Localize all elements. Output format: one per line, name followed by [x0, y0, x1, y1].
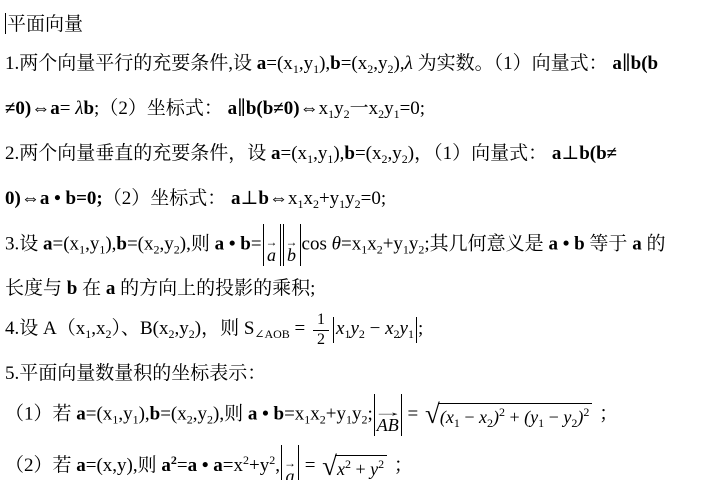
text-run: 2.两个向量垂直的充要条件，设: [5, 143, 271, 164]
radicand: x2 + y2: [335, 455, 387, 480]
text-run: •: [224, 233, 240, 254]
text-run: x: [288, 188, 298, 209]
text-run: y: [350, 318, 358, 339]
text-run: •: [197, 455, 213, 476]
statement-3-line-1: 3.设 a=(x1,y1),b=(x2,y2),则 a • b=→a→bcos …: [5, 224, 712, 269]
text-run: a: [548, 233, 558, 254]
text-run: y: [370, 459, 378, 479]
text-run: 4.设 A（x: [5, 318, 85, 339]
text-run: −: [365, 318, 385, 339]
text-run: )，（1）向量式：: [408, 143, 552, 164]
text-run: ;其几何意义是: [424, 233, 548, 254]
text-run: =0;: [361, 188, 387, 209]
text-run: +y: [319, 188, 339, 209]
text-run: 的方向上的投影的乘积;: [115, 278, 315, 299]
text-run: =: [223, 455, 234, 476]
text-run: =: [403, 404, 423, 425]
text-run: 等于: [585, 233, 633, 254]
text-run: ),则: [213, 404, 248, 425]
text-run: ),: [105, 233, 116, 254]
text-run: a: [632, 233, 642, 254]
text-run: •: [49, 188, 65, 209]
text-run: ,x: [91, 318, 105, 339]
text-run: ⇔: [269, 188, 288, 209]
vector-arrow-icon: →: [372, 408, 403, 416]
text-run: =: [284, 404, 295, 425]
text-run: •: [558, 233, 574, 254]
text-run: −: [544, 407, 563, 427]
statement-4: 4.设 A（x1,x2）、B(x2,y2)，则 S∠AOB = 12x1y2 −…: [5, 309, 712, 354]
text-run: ∥: [237, 98, 246, 119]
text-run: 3.设: [5, 233, 43, 254]
text-run: +y: [326, 404, 346, 425]
text-run: ⇔: [31, 98, 50, 119]
text-run: ∥: [622, 53, 631, 74]
text-run: •: [257, 404, 273, 425]
text-run: b(b≠: [579, 143, 617, 164]
text-run: x: [385, 318, 393, 339]
text-run: a: [612, 53, 622, 74]
text-run: a: [257, 53, 267, 74]
text-run: ；: [594, 404, 618, 425]
text-run: a: [40, 188, 50, 209]
vector-letter: a: [267, 246, 276, 265]
vector-letter: b: [287, 246, 296, 265]
vector-b: →b: [286, 238, 298, 265]
text-run: =(x: [160, 404, 187, 425]
square-root: √(x1 − x2)2 + (y1 − y2)2: [425, 401, 592, 430]
radicand: (x1 − x2)2 + (y1 − y2)2: [438, 403, 592, 430]
text-run: b: [330, 53, 341, 74]
text-run: ,: [275, 455, 280, 476]
text-run: 在: [77, 278, 106, 299]
text-run: a: [50, 98, 60, 119]
statement-5-item-1: （1）若 a=(x1,y1),b=(x2,y2),则 a • b=x1x2+y1…: [5, 394, 712, 439]
text-run: 长度与: [5, 278, 67, 299]
text-run: +: [505, 407, 524, 427]
text-run: x: [337, 459, 345, 479]
absolute-value-bars: →a: [281, 445, 299, 480]
text-run: ）、B(x: [111, 318, 168, 339]
text-run: ),: [333, 143, 344, 164]
text-run: ,y: [85, 233, 99, 254]
absolute-value-bars: x1y2 − x2y1: [333, 317, 417, 343]
text-run: b: [274, 404, 285, 425]
text-run: ,y: [175, 318, 189, 339]
text-run: −: [460, 407, 479, 427]
fraction-numerator: 1: [313, 311, 329, 330]
text-run: ,y: [373, 53, 387, 74]
text-run: y: [530, 407, 538, 427]
title-line: 平面向量: [5, 6, 712, 44]
text-run: 为实数。（1）向量式：: [413, 53, 613, 74]
vector-letter: a: [285, 467, 294, 480]
text-run: a: [76, 455, 86, 476]
text-run: =(x,y),则: [86, 455, 162, 476]
text-run: x: [479, 407, 487, 427]
document-page: 平面向量1.两个向量平行的充要条件,设 a=(x1,y1),b=(x2,y2),…: [0, 0, 712, 480]
text-run: ,y: [313, 143, 327, 164]
text-run: x: [233, 455, 243, 476]
text-run: +y: [249, 455, 269, 476]
text-run: b: [65, 188, 76, 209]
text-run: =0;: [400, 98, 426, 119]
text-run: a: [106, 278, 116, 299]
text-run: 5.平面向量数量积的坐标表示：: [5, 363, 266, 384]
vector-a: →a: [284, 459, 296, 480]
text-run: b: [83, 98, 94, 119]
text-run: ,y: [388, 143, 402, 164]
text-run: a: [215, 233, 225, 254]
text-run: y: [334, 98, 344, 119]
text-run: =(x: [86, 404, 113, 425]
statement-2-line-1: 2.两个向量垂直的充要条件，设 a=(x1,y1),b=(x2,y2)，（1）向…: [5, 134, 712, 179]
text-run: ⊥: [561, 143, 579, 164]
text-run: ,y: [160, 233, 174, 254]
text-run: （1）若: [5, 404, 76, 425]
text-run: ⇔: [21, 188, 40, 209]
text-run: 1.两个向量平行的充要条件,设: [5, 53, 257, 74]
text-run: b: [344, 143, 355, 164]
text-run: x: [295, 404, 305, 425]
text-run: a: [43, 233, 53, 254]
text-run: （2）坐标式：: [103, 188, 231, 209]
statement-3-line-2: 长度与 b 在 a 的方向上的投影的乘积;: [5, 269, 712, 309]
text-run: +: [351, 459, 370, 479]
text-run: =: [251, 233, 262, 254]
text-run: 2: [583, 405, 589, 419]
vector-a: →a: [266, 238, 278, 265]
text-run: b: [258, 188, 269, 209]
text-run: a: [76, 404, 86, 425]
text-run: y: [345, 188, 355, 209]
text-run: b: [240, 233, 251, 254]
text-run: ；: [389, 455, 413, 476]
text-run: ),: [394, 53, 405, 74]
text-run: 的: [642, 233, 666, 254]
text-run: =(x: [266, 53, 293, 74]
text-run: ∠AOB: [254, 327, 289, 341]
text-run: λ: [405, 53, 413, 74]
text-run: ,y: [118, 404, 132, 425]
fraction-denominator: 2: [313, 331, 329, 349]
text-run: y: [352, 404, 362, 425]
text-run: a: [161, 455, 171, 476]
text-run: ),: [139, 404, 150, 425]
text-run: =(x: [281, 143, 308, 164]
text-cursor: [5, 13, 6, 34]
absolute-value-bars: →b: [283, 224, 301, 266]
text-run: x: [446, 407, 454, 427]
text-run: （2）若: [5, 455, 76, 476]
text-run: =: [300, 455, 320, 476]
statement-2-line-2: 0)⇔a • b=0;（2）坐标式： a⊥b⇔x1x2+y1y2=0;: [5, 179, 712, 224]
square-root: √x2 + y2: [322, 453, 387, 480]
text-run: θ: [332, 233, 341, 254]
text-run: ,y: [193, 404, 207, 425]
text-run: 0): [5, 188, 21, 209]
text-run: 1: [408, 327, 414, 341]
text-run: ),则: [180, 233, 215, 254]
statement-5: 5.平面向量数量积的坐标表示：: [5, 354, 712, 394]
text-run: =(x: [355, 143, 382, 164]
text-run: =(x: [127, 233, 154, 254]
text-run: ,y: [299, 53, 313, 74]
fraction: 12: [313, 311, 329, 349]
text-run: ≠0): [5, 98, 31, 119]
text-run: b: [67, 278, 78, 299]
text-run: =(x: [53, 233, 80, 254]
text-run: a: [188, 455, 198, 476]
text-run: =(x: [341, 53, 368, 74]
text-run: a: [228, 98, 238, 119]
text-run: x: [367, 233, 377, 254]
text-run: )，则 S: [195, 318, 255, 339]
text-run: ⊥: [240, 188, 258, 209]
text-run: y: [400, 318, 408, 339]
text-run: =0;: [76, 188, 103, 209]
text-run: x: [303, 188, 313, 209]
text-run: b: [150, 404, 161, 425]
text-run: x: [310, 404, 320, 425]
text-run: b(b: [631, 53, 658, 74]
absolute-value-bars: →a: [263, 224, 281, 266]
text-run: a: [552, 143, 562, 164]
text-run: =: [290, 318, 310, 339]
statement-1-line-1: 1.两个向量平行的充要条件,设 a=(x1,y1),b=(x2,y2),λ 为实…: [5, 44, 712, 89]
vector-ab: →AB: [377, 408, 399, 435]
absolute-value-bars: →AB: [374, 394, 402, 436]
text-run: cos: [302, 233, 332, 254]
text-run: =: [60, 98, 75, 119]
text-run: a: [271, 143, 281, 164]
text-run: ⇔: [300, 98, 319, 119]
text-run: a: [248, 404, 258, 425]
text-run: =: [177, 455, 188, 476]
text-run: b: [574, 233, 585, 254]
statement-1-line-2: ≠0)⇔a= λb;（2）坐标式： a∥b(b≠0)⇔x1y2一x2y1=0;: [5, 89, 712, 134]
text-run: b(b≠0): [246, 98, 300, 119]
text-run: 2: [378, 457, 384, 471]
text-run: 一: [350, 98, 369, 119]
text-run: ;: [418, 318, 423, 339]
text-run: ;（2）坐标式：: [94, 98, 228, 119]
text-run: x: [319, 98, 329, 119]
text-run: ),: [319, 53, 330, 74]
text-run: 平面向量: [7, 14, 83, 35]
text-run: b: [116, 233, 127, 254]
text-run: =: [341, 233, 352, 254]
text-run: a: [213, 455, 223, 476]
text-run: x: [369, 98, 379, 119]
text-run: y: [384, 98, 394, 119]
text-run: x: [352, 233, 362, 254]
text-run: +y: [383, 233, 403, 254]
text-run: y: [409, 233, 419, 254]
statement-5-item-2: （2）若 a=(x,y),则 a2=a • a=x2+y2,→a = √x2 +…: [5, 440, 712, 480]
